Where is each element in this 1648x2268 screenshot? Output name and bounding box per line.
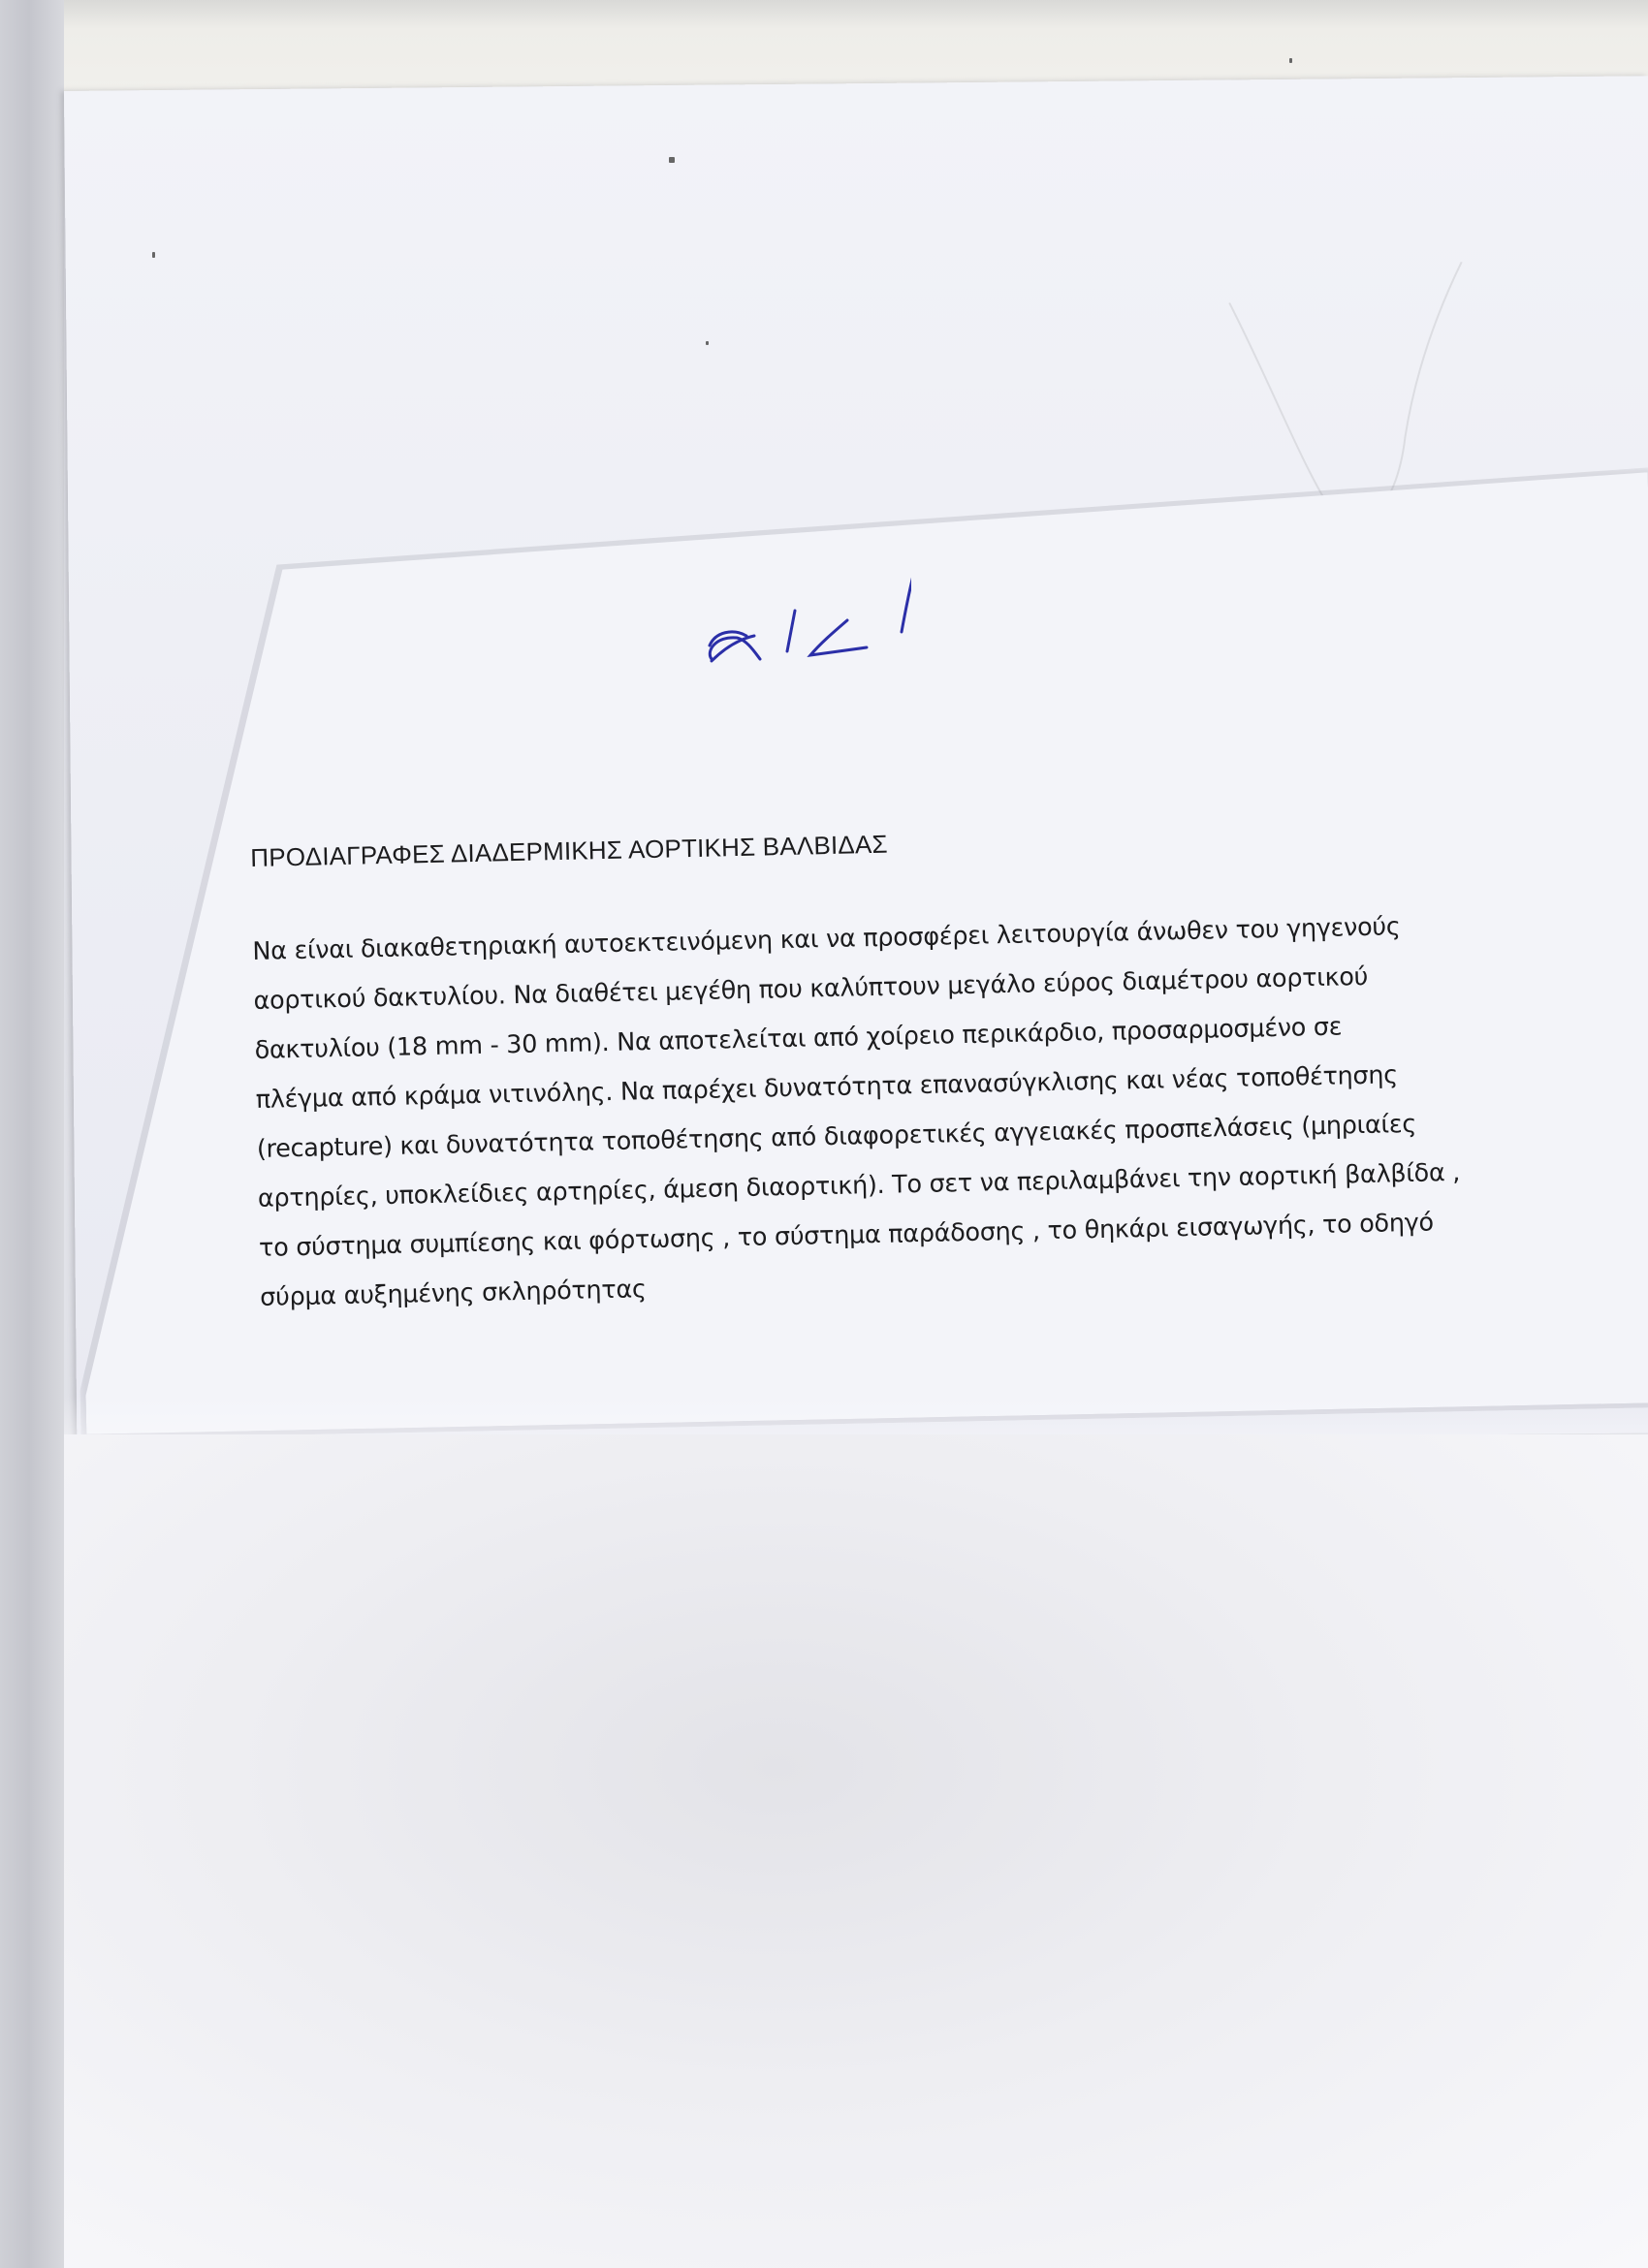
specification-document: ΠΡΟΔΙΑΓΡΑΦΕΣ ΔΙΑΔΕΡΜΙΚΗΣ ΑΟΡΤΙΚΗΣ ΒΑΛΒΙΔ… — [250, 816, 1520, 1323]
lower-scan-area — [64, 1434, 1648, 2268]
document-body: Να είναι διακαθετηριακή αυτοεκτεινόμενη … — [252, 900, 1521, 1323]
handwritten-pen-strokes — [640, 543, 911, 688]
scanner-background-left — [0, 0, 64, 2268]
scan-speck — [152, 252, 155, 258]
scan-speck — [1289, 58, 1292, 63]
scan-speck — [706, 341, 709, 345]
handwritten-annotation: α/κ 1 — [640, 543, 911, 688]
scan-speck — [669, 157, 675, 163]
